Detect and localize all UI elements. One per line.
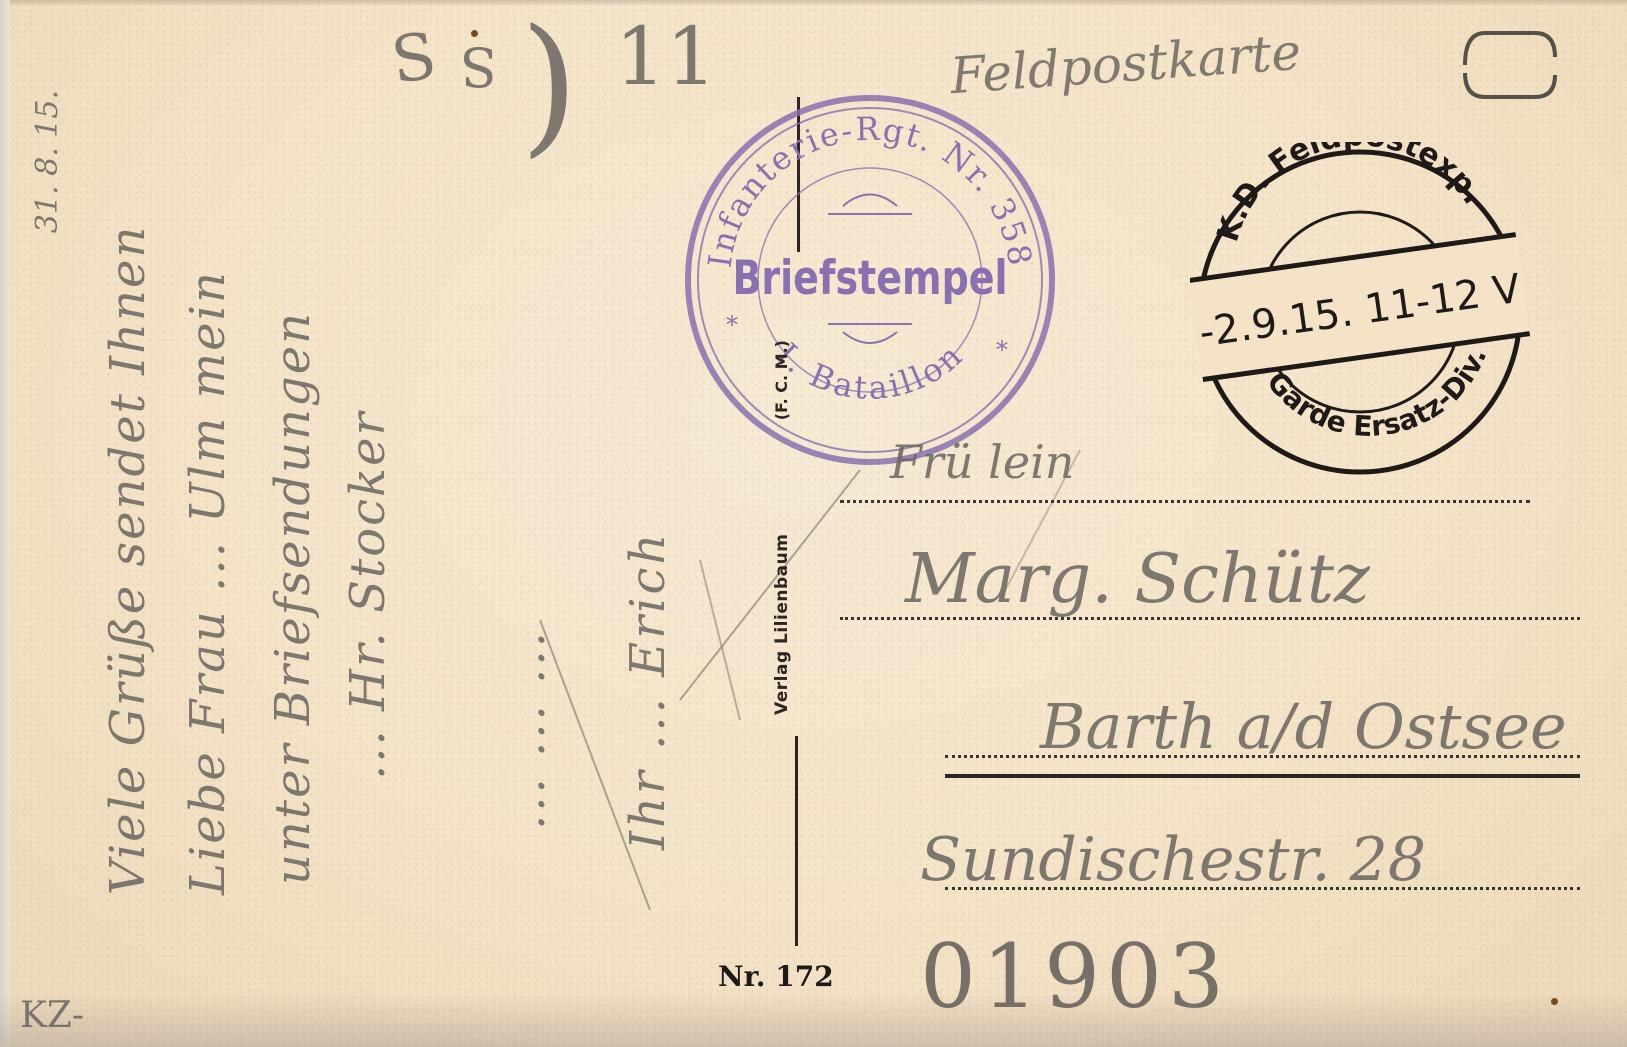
address-line-1 xyxy=(840,500,1530,503)
address-line-4 xyxy=(945,887,1580,890)
foxing-spot xyxy=(1551,998,1558,1005)
regimental-stamp-top-text: Infanterie-Rgt. Nr. 358 xyxy=(701,110,1040,270)
svg-text:Infanterie-Rgt. Nr. 358: Infanterie-Rgt. Nr. 358 xyxy=(701,110,1040,270)
address-name: Marg. Schütz xyxy=(905,540,1370,619)
field-post-postmark: -2.9.15. 11-12 V K.D. Feldpostexp. Garde… xyxy=(1190,142,1530,482)
address-underline xyxy=(945,774,1580,778)
address-city: Barth a/d Ostsee xyxy=(1040,690,1567,763)
regimental-stamp-bottom-text: I. Bataillon xyxy=(769,335,971,407)
regimental-stamp-center-text: Briefstempel xyxy=(732,251,1007,306)
regimental-side-mark: (F. C. M.) xyxy=(772,340,791,420)
svg-text:I. Bataillon: I. Bataillon xyxy=(769,335,971,407)
regimental-stamp: Infanterie-Rgt. Nr. 358 I. Bataillon Bri… xyxy=(678,88,1062,472)
address-salutation: Frü lein xyxy=(890,435,1074,489)
card-number: Nr. 172 xyxy=(718,960,834,993)
address-line-2 xyxy=(840,617,1580,620)
divider-line xyxy=(795,736,798,946)
inventory-number: 01903 xyxy=(920,925,1230,1028)
publisher-imprint: Verlag Lilienbaum xyxy=(772,455,792,715)
svg-text:K.D. Feldpostexp.: K.D. Feldpostexp. xyxy=(1211,142,1491,246)
ornament-left: * xyxy=(726,311,738,339)
address-line-3 xyxy=(945,755,1580,758)
ornament-right: * xyxy=(996,336,1008,364)
postmark-top-text: K.D. Feldpostexp. xyxy=(1211,142,1491,246)
postcard: S S ) 11 Feldpostkarte 31. 8. 15. Viele … xyxy=(0,0,1627,1047)
corner-note: KZ- xyxy=(20,995,84,1036)
foxing-spot xyxy=(471,30,478,37)
address-street: Sundischestr. 28 xyxy=(920,825,1426,895)
